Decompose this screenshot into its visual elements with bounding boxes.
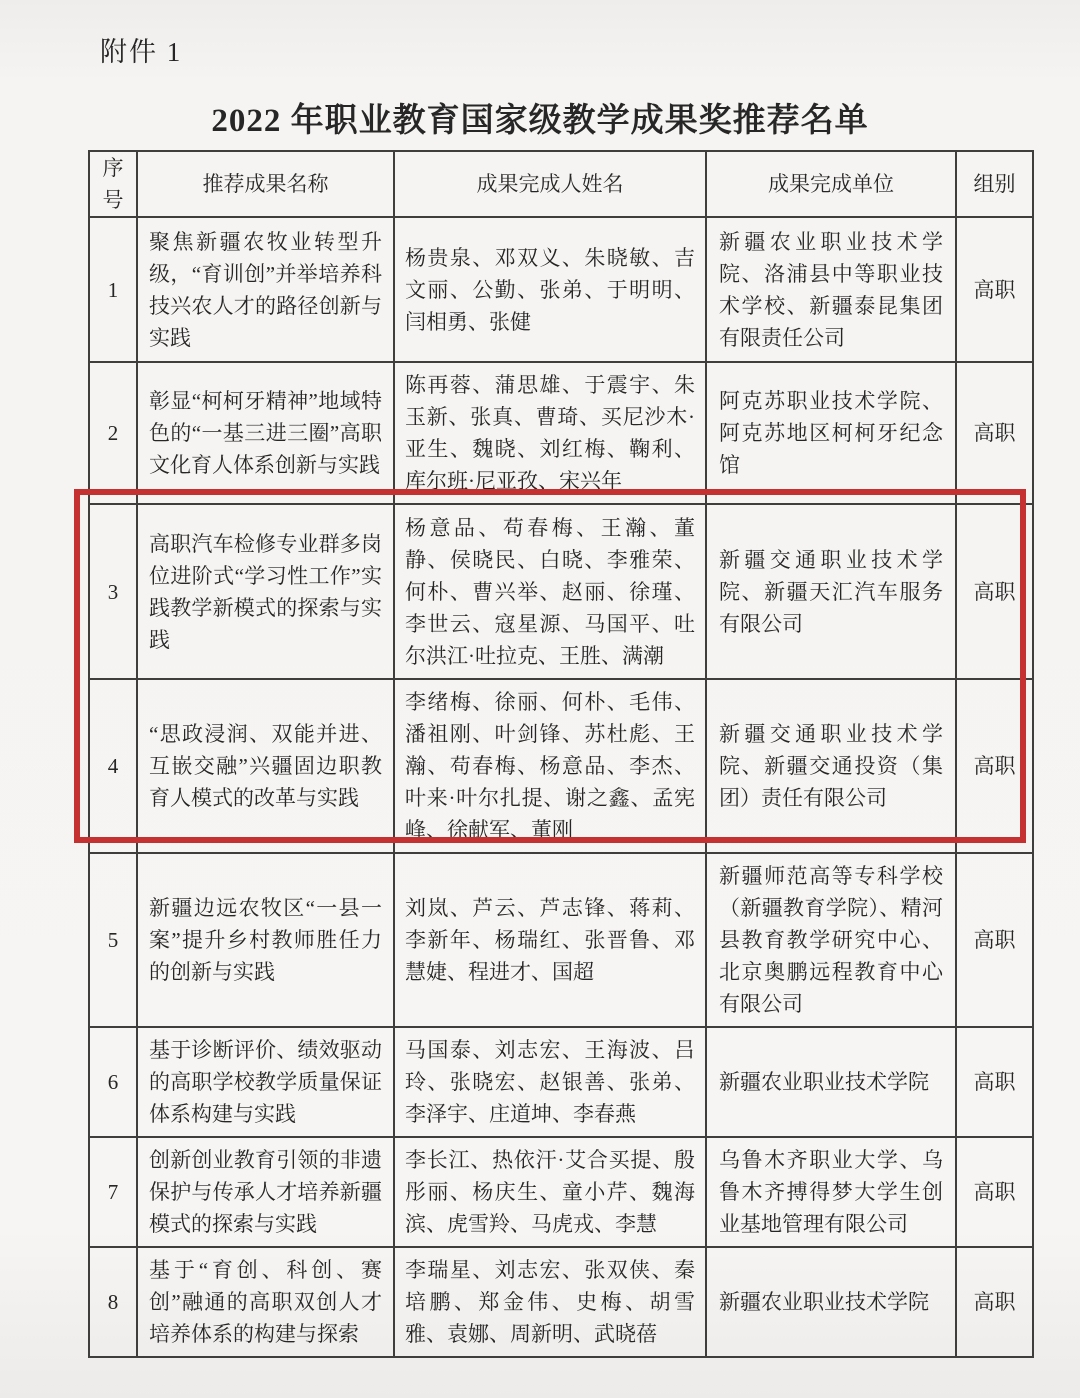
cell-group: 高职 (956, 362, 1033, 504)
cell-name: 创新创业教育引领的非遗保护与传承人才培养新疆模式的探索与实践 (137, 1137, 394, 1247)
column-header-no: 序号 (89, 151, 137, 217)
cell-name: 基于“育创、科创、赛创”融通的高职双创人才培养体系的构建与探索 (137, 1247, 394, 1357)
document-page: 附件 1 2022 年职业教育国家级教学成果奖推荐名单 序号 推荐成果名称 成果… (0, 0, 1080, 1398)
page-title: 2022 年职业教育国家级教学成果奖推荐名单 (0, 94, 1080, 141)
table-row-highlighted: 4 “思政浸润、双能并进、互嵌交融”兴疆固边职教育人模式的改革与实践 李绪梅、徐… (89, 679, 1033, 853)
cell-no: 8 (89, 1247, 137, 1357)
cell-name: 新疆边远农牧区“一县一案”提升乡村教师胜任力的创新与实践 (137, 853, 394, 1027)
cell-no: 6 (89, 1027, 137, 1137)
results-table: 序号 推荐成果名称 成果完成人姓名 成果完成单位 组别 1 聚焦新疆农牧业转型升… (88, 150, 1034, 1358)
cell-no: 1 (89, 217, 137, 362)
table-row: 8 基于“育创、科创、赛创”融通的高职双创人才培养体系的构建与探索 李瑞星、刘志… (89, 1247, 1033, 1357)
column-header-people: 成果完成人姓名 (394, 151, 706, 217)
cell-org: 新疆农业职业技术学院 (706, 1247, 956, 1357)
cell-org: 新疆农业职业技术学院、洛浦县中等职业技术学校、新疆泰昆集团有限责任公司 (706, 217, 956, 362)
cell-people: 刘岚、芦云、芦志锋、蒋莉、李新年、杨瑞红、张晋鲁、邓慧婕、程进才、国超 (394, 853, 706, 1027)
cell-group: 高职 (956, 679, 1033, 853)
cell-no: 7 (89, 1137, 137, 1247)
cell-group: 高职 (956, 1137, 1033, 1247)
cell-name: 基于诊断评价、绩效驱动的高职学校教学质量保证体系构建与实践 (137, 1027, 394, 1137)
table-row: 2 彰显“柯柯牙精神”地域特色的“一基三进三圈”高职文化育人体系创新与实践 陈再… (89, 362, 1033, 504)
cell-group: 高职 (956, 1247, 1033, 1357)
table-row: 1 聚焦新疆农牧业转型升级，“育训创”并举培养科技兴农人才的路径创新与实践 杨贵… (89, 217, 1033, 362)
cell-group: 高职 (956, 1027, 1033, 1137)
cell-no: 2 (89, 362, 137, 504)
cell-group: 高职 (956, 853, 1033, 1027)
cell-name: 彰显“柯柯牙精神”地域特色的“一基三进三圈”高职文化育人体系创新与实践 (137, 362, 394, 504)
column-header-group: 组别 (956, 151, 1033, 217)
table-row-highlighted: 3 高职汽车检修专业群多岗位进阶式“学习性工作”实践教学新模式的探索与实践 杨意… (89, 504, 1033, 679)
cell-people: 李瑞星、刘志宏、张双侠、秦培鹏、郑金伟、史梅、胡雪雅、袁娜、周新明、武晓蓓 (394, 1247, 706, 1357)
table-row: 6 基于诊断评价、绩效驱动的高职学校教学质量保证体系构建与实践 马国泰、刘志宏、… (89, 1027, 1033, 1137)
cell-org: 新疆交通职业技术学院、新疆天汇汽车服务有限公司 (706, 504, 956, 679)
cell-people: 李绪梅、徐丽、何朴、毛伟、潘祖刚、叶剑锋、苏杜彪、王瀚、苟春梅、杨意品、李杰、叶… (394, 679, 706, 853)
cell-name: “思政浸润、双能并进、互嵌交融”兴疆固边职教育人模式的改革与实践 (137, 679, 394, 853)
cell-no: 3 (89, 504, 137, 679)
cell-people: 杨意品、苟春梅、王瀚、董静、侯晓民、白晓、李雅荣、何朴、曹兴举、赵丽、徐瑾、李世… (394, 504, 706, 679)
table-row: 5 新疆边远农牧区“一县一案”提升乡村教师胜任力的创新与实践 刘岚、芦云、芦志锋… (89, 853, 1033, 1027)
cell-no: 4 (89, 679, 137, 853)
cell-org: 新疆农业职业技术学院 (706, 1027, 956, 1137)
cell-name: 高职汽车检修专业群多岗位进阶式“学习性工作”实践教学新模式的探索与实践 (137, 504, 394, 679)
cell-people: 马国泰、刘志宏、王海波、吕玲、张晓宏、赵银善、张弟、李泽宇、庄道坤、李春燕 (394, 1027, 706, 1137)
cell-org: 阿克苏职业技术学院、阿克苏地区柯柯牙纪念馆 (706, 362, 956, 504)
attachment-label: 附件 1 (100, 30, 182, 69)
cell-group: 高职 (956, 504, 1033, 679)
cell-people: 陈再蓉、蒲思雄、于震宇、朱玉新、张真、曹琦、买尼沙木·亚生、魏晓、刘红梅、鞠利、… (394, 362, 706, 504)
column-header-org: 成果完成单位 (706, 151, 956, 217)
cell-org: 新疆师范高等专科学校（新疆教育学院）、精河县教育教学研究中心、北京奥鹏远程教育中… (706, 853, 956, 1027)
column-header-name: 推荐成果名称 (137, 151, 394, 217)
cell-org: 乌鲁木齐职业大学、乌鲁木齐搏得梦大学生创业基地管理有限公司 (706, 1137, 956, 1247)
cell-no: 5 (89, 853, 137, 1027)
cell-people: 李长江、热依汗·艾合买提、殷彤丽、杨庆生、童小芹、魏海滨、虎雪羚、马虎戎、李慧 (394, 1137, 706, 1247)
table-row: 7 创新创业教育引领的非遗保护与传承人才培养新疆模式的探索与实践 李长江、热依汗… (89, 1137, 1033, 1247)
table-header-row: 序号 推荐成果名称 成果完成人姓名 成果完成单位 组别 (89, 151, 1033, 217)
cell-group: 高职 (956, 217, 1033, 362)
cell-name: 聚焦新疆农牧业转型升级，“育训创”并举培养科技兴农人才的路径创新与实践 (137, 217, 394, 362)
cell-people: 杨贵泉、邓双义、朱晓敏、吉文丽、公勤、张弟、于明明、闫相勇、张健 (394, 217, 706, 362)
cell-org: 新疆交通职业技术学院、新疆交通投资（集团）责任有限公司 (706, 679, 956, 853)
